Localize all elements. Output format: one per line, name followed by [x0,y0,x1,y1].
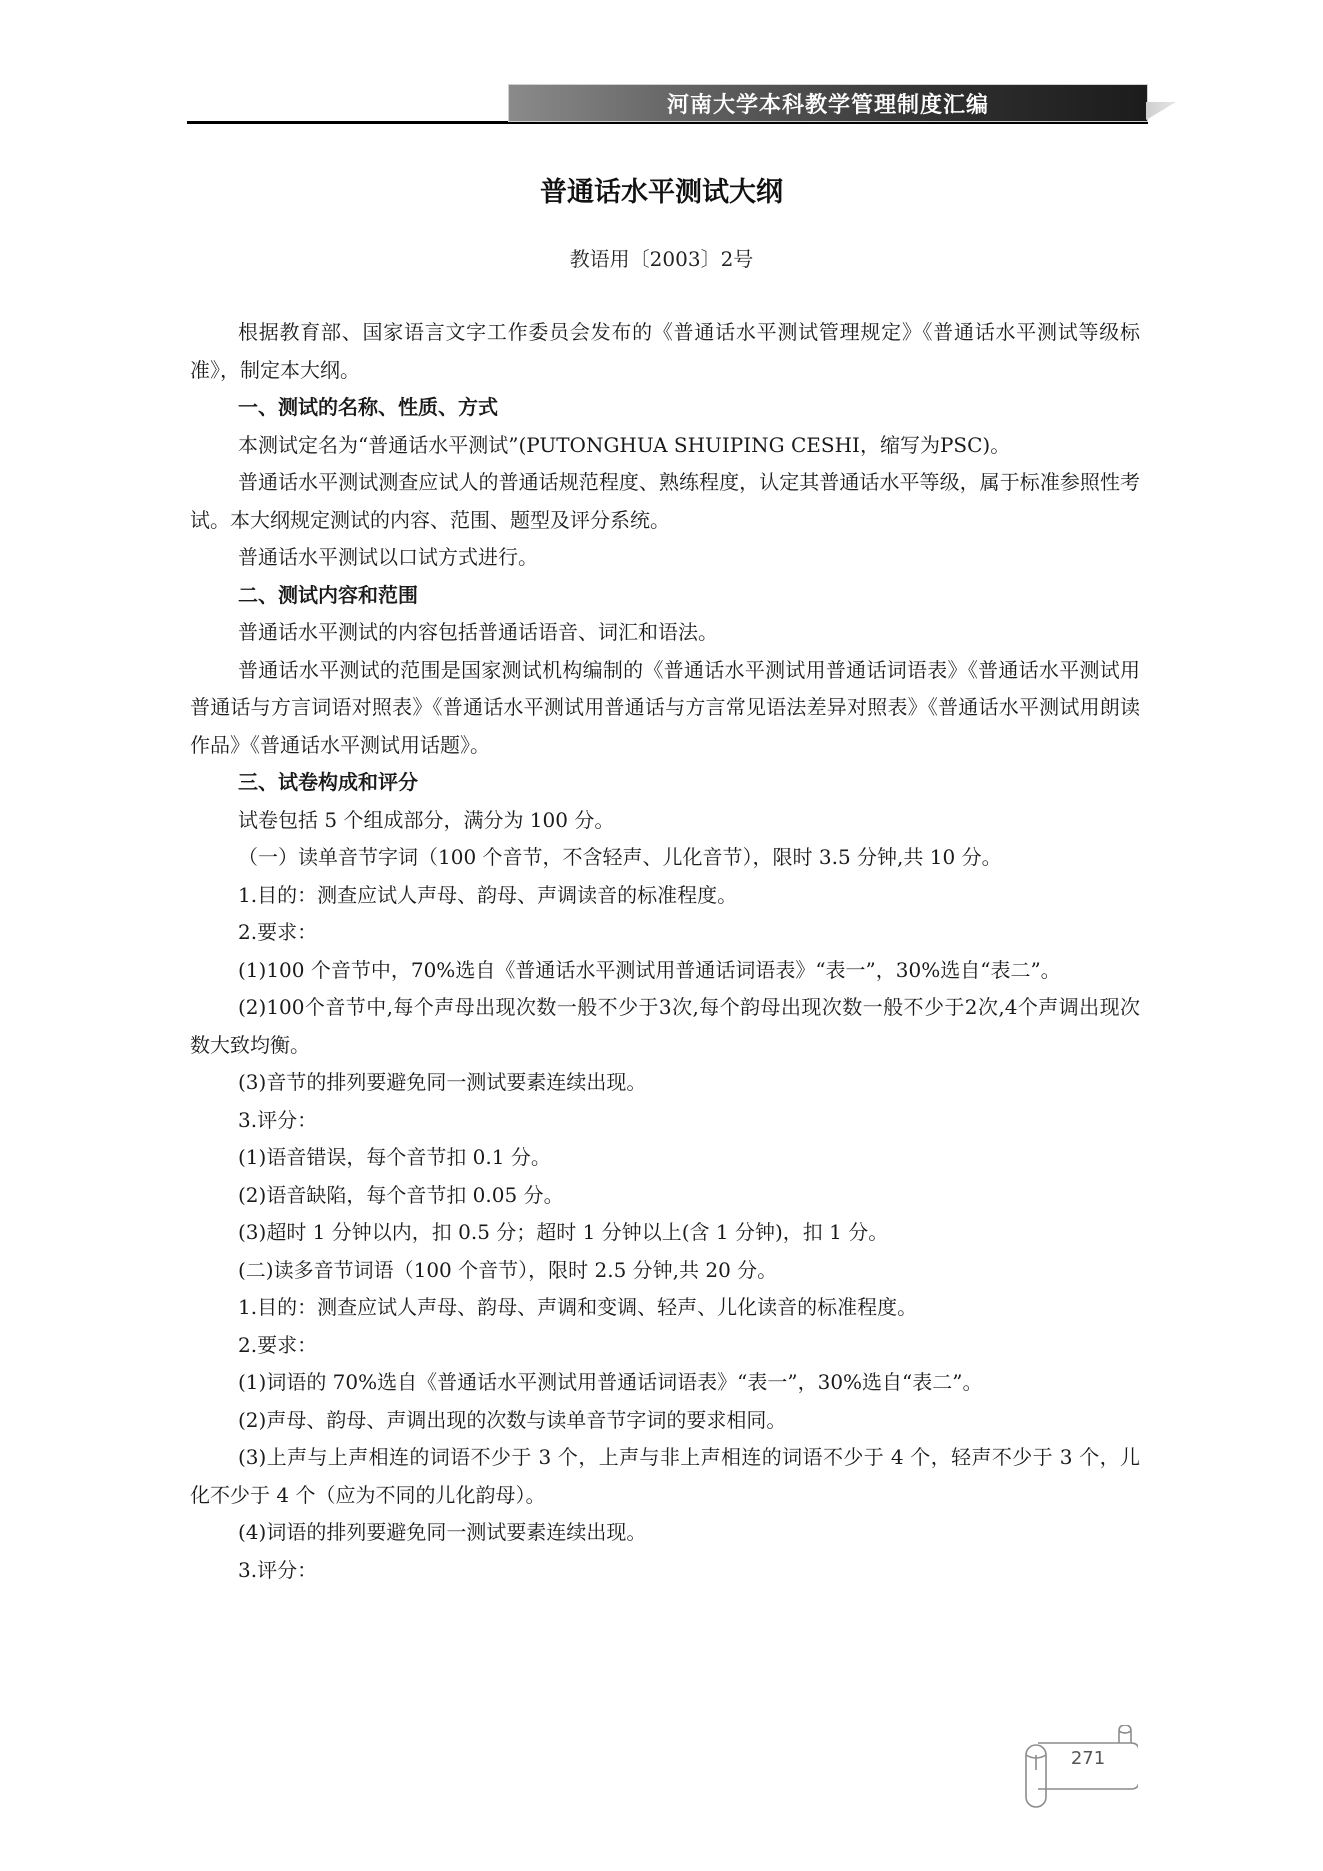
paragraph: (1)词语的 70%选自《普通话水平测试用普通话词语表》“表一”，30%选自“表… [190,1364,1140,1402]
paragraph: 1.目的：测查应试人声母、韵母、声调和变调、轻声、儿化读音的标准程度。 [190,1289,1140,1327]
header-rule [187,121,512,124]
paragraph: 普通话水平测试的内容包括普通话语音、词汇和语法。 [190,614,1140,652]
banner-title: 河南大学本科教学管理制度汇编 [667,88,989,119]
paragraph: (3)音节的排列要避免同一测试要素连续出现。 [190,1064,1140,1102]
paragraph: (二)读多音节词语（100 个音节），限时 2.5 分钟,共 20 分。 [190,1252,1140,1290]
document-body: 根据教育部、国家语言文字工作委员会发布的《普通话水平测试管理规定》《普通话水平测… [190,314,1140,1589]
paragraph: 本测试定名为“普通话水平测试”(PUTONGHUA SHUIPING CESHI… [190,427,1140,465]
paragraph: 根据教育部、国家语言文字工作委员会发布的《普通话水平测试管理规定》《普通话水平测… [190,314,1140,389]
section-heading: 一、测试的名称、性质、方式 [190,389,1140,427]
paragraph: 普通话水平测试以口试方式进行。 [190,539,1140,577]
paragraph: 普通话水平测试测查应试人的普通话规范程度、熟练程度，认定其普通话水平等级，属于标… [190,464,1140,539]
paragraph: 2.要求： [190,1327,1140,1365]
scroll-icon [1013,1725,1138,1820]
section-heading: 二、测试内容和范围 [190,577,1140,615]
banner-shadow [1146,102,1176,120]
page-title: 普通话水平测试大纲 [0,170,1323,209]
paragraph: (2)语音缺陷，每个音节扣 0.05 分。 [190,1177,1140,1215]
paragraph: （一）读单音节字词（100 个音节，不含轻声、儿化音节），限时 3.5 分钟,共… [190,839,1140,877]
paragraph: (3)上声与上声相连的词语不少于 3 个，上声与非上声相连的词语不少于 4 个，… [190,1439,1140,1514]
paragraph: (2)100个音节中,每个声母出现次数一般不少于3次,每个韵母出现次数一般不少于… [190,989,1140,1064]
paragraph: 3.评分： [190,1552,1140,1590]
paragraph: (3)超时 1 分钟以内，扣 0.5 分；超时 1 分钟以上(含 1 分钟)，扣… [190,1214,1140,1252]
paragraph: (2)声母、韵母、声调出现的次数与读单音节字词的要求相同。 [190,1402,1140,1440]
section-heading: 三、试卷构成和评分 [190,764,1140,802]
paragraph: 2.要求： [190,914,1140,952]
paragraph: 3.评分： [190,1102,1140,1140]
paragraph: (1)100 个音节中，70%选自《普通话水平测试用普通话词语表》“表一”，30… [190,952,1140,990]
page-number: 271 [1058,1748,1118,1769]
paragraph: 试卷包括 5 个组成部分，满分为 100 分。 [190,802,1140,840]
header-banner: 河南大学本科教学管理制度汇编 [508,84,1148,122]
paragraph: (1)语音错误，每个音节扣 0.1 分。 [190,1139,1140,1177]
paragraph: (4)词语的排列要避免同一测试要素连续出现。 [190,1514,1140,1552]
document-number: 教语用〔2003〕2号 [0,243,1323,272]
paragraph: 普通话水平测试的范围是国家测试机构编制的《普通话水平测试用普通话词语表》《普通话… [190,652,1140,765]
paragraph: 1.目的：测查应试人声母、韵母、声调读音的标准程度。 [190,877,1140,915]
